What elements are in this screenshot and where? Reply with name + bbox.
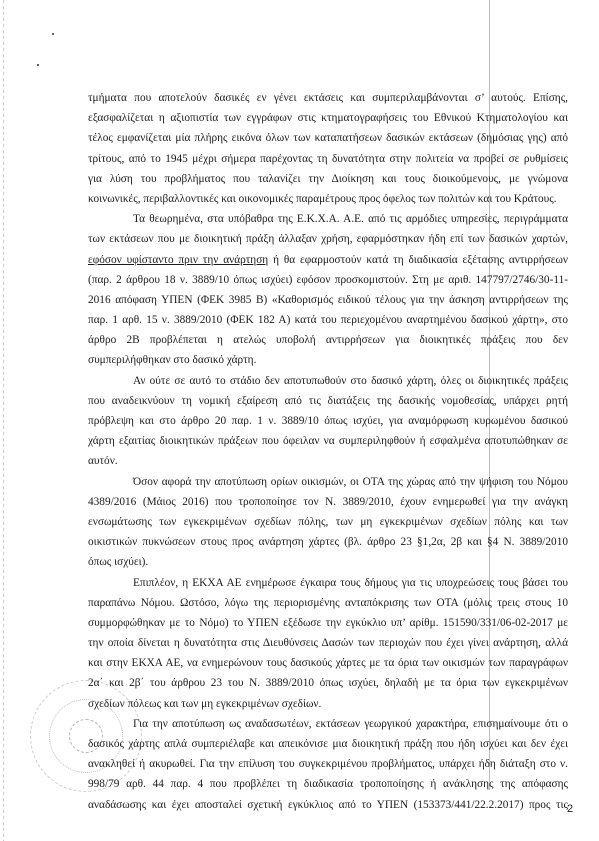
text-line: 4389/2016 (Μάιος 2016) που τροποποίησε τ… (88, 492, 568, 512)
text-line: για λύση του προβλήματος που ταλανίζει τ… (88, 169, 568, 189)
paragraph-3: Αν ούτε σε αυτό το στάδιο δεν αποτυπωθού… (88, 371, 568, 472)
text-line: συμμορφώθηκαν με το Νόμο) το ΥΠΕΝ εξέδωσ… (88, 613, 568, 633)
text-line: και στην ΕΚΧΑ ΑΕ, να ενημερώνουν τους δα… (88, 653, 568, 673)
text-line: παρ. 1 αρθ. 15 ν. 3889/2010 (ΦΕΚ 182 Α) … (88, 310, 568, 330)
text-fragment: ή θα εφαρμοστούν κατά τη διαδικασία εξέτ… (273, 254, 568, 266)
text-line: ανακληθεί ή ακυρωθεί. Για την επίλυση το… (88, 754, 568, 774)
text-line: ενσωμάτωσης των εγκεκριμένων σχεδίων πόλ… (88, 512, 568, 532)
text-line: Όσον αφορά την αποτύπωση ορίων οικισμών,… (88, 472, 568, 492)
page-number: 2 (567, 803, 573, 815)
paragraph-1: τμήματα που αποτελούν δασικές εν γένει ε… (88, 88, 568, 209)
text-line: οικιστικών πυκνώσεων στους προς ανάρτηση… (88, 532, 568, 552)
text-line: Τα θεωρημένα, στα υπόβαθρα της Ε.Κ.Χ.Α. … (88, 209, 568, 229)
text-line: εφόσον υφίσταντο πριν την ανάρτηση ή θα … (88, 250, 568, 270)
text-line: των εκτάσεων που με διοικητική πράξη άλλ… (88, 229, 568, 249)
paragraph-4: Όσον αφορά την αποτύπωση ορίων οικισμών,… (88, 472, 568, 573)
paragraph-5: Επιπλέον, η ΕΚΧΑ ΑΕ ενημέρωσε έγκαιρα το… (88, 573, 568, 714)
text-line: 998/79 αρθ. 44 παρ. 4 που προβλέπει τη δ… (88, 774, 568, 794)
text-line: παραπάνω Νόμου. Ωστόσο, λόγω της περιορι… (88, 593, 568, 613)
text-line: τρίτους, από το 1945 μέχρι σήμερα παρέχο… (88, 149, 568, 169)
document-body: τμήματα που αποτελούν δασικές εν γένει ε… (88, 88, 568, 815)
text-line: Επιπλέον, η ΕΚΧΑ ΑΕ ενημέρωσε έγκαιρα το… (88, 573, 568, 593)
text-line: Αν ούτε σε αυτό το στάδιο δεν αποτυπωθού… (88, 371, 568, 391)
paragraph-2: Τα θεωρημένα, στα υπόβαθρα της Ε.Κ.Χ.Α. … (88, 209, 568, 371)
text-line: αυτόν. (88, 451, 568, 471)
text-line: (παρ. 2 άρθρου 18 ν. 3889/10 όπως ισχύει… (88, 270, 568, 290)
text-line: τμήματα που αποτελούν δασικές εν γένει ε… (88, 88, 568, 108)
scan-edge-artifact (3, 0, 4, 841)
text-line: 2α΄ και 2β΄ του άρθρου 23 του Ν. 3889/20… (88, 673, 568, 693)
text-line: την οποία δίνεται η δυνατότητα στις Διευ… (88, 633, 568, 653)
text-line: χάρτη εξαιτίας διοικητικών πράξεων που ό… (88, 431, 568, 451)
text-line: δασικός χάρτης απλά συμπεριέλαβε και απε… (88, 734, 568, 754)
text-line: πρόβλεψη και στο άρθρο 20 παρ. 1 ν. 3889… (88, 411, 568, 431)
text-line: Για την αποτύπωση ως αναδασωτέων, εκτάσε… (88, 714, 568, 734)
text-line: αναδάσωσης και έχει αποσταλεί σχετική εγ… (88, 795, 568, 815)
text-line: εξασφαλίζεται η αξιοπιστία των εγγράφων … (88, 108, 568, 128)
text-line: συμπεριλήφθηκαν στο δασικό χάρτη. (88, 350, 568, 370)
text-line: σχεδίων πόλεως και των μη εγκεκριμένων σ… (88, 694, 568, 714)
text-line: όπως ισχύει). (88, 552, 568, 572)
text-line: κοινωνικές, περιβαλλοντικές και οικονομι… (88, 189, 568, 209)
paragraph-6: Για την αποτύπωση ως αναδασωτέων, εκτάσε… (88, 714, 568, 815)
text-line: άρθρο 2Β προβλέπεται η ατελώς υποβολή αν… (88, 330, 568, 350)
underlined-phrase: εφόσον υφίσταντο πριν την ανάρτηση (88, 254, 268, 266)
text-line: τέλος εμφανίζεται μία πλήρης εικόνα όλων… (88, 128, 568, 148)
text-line: που αναδεικνύουν τη νομική εξαίρεση από … (88, 391, 568, 411)
scan-speck (52, 33, 54, 35)
text-line: 2016 απόφαση ΥΠΕΝ (ΦΕΚ 3985 Β) «Καθορισμ… (88, 290, 568, 310)
scan-speck (37, 64, 39, 66)
